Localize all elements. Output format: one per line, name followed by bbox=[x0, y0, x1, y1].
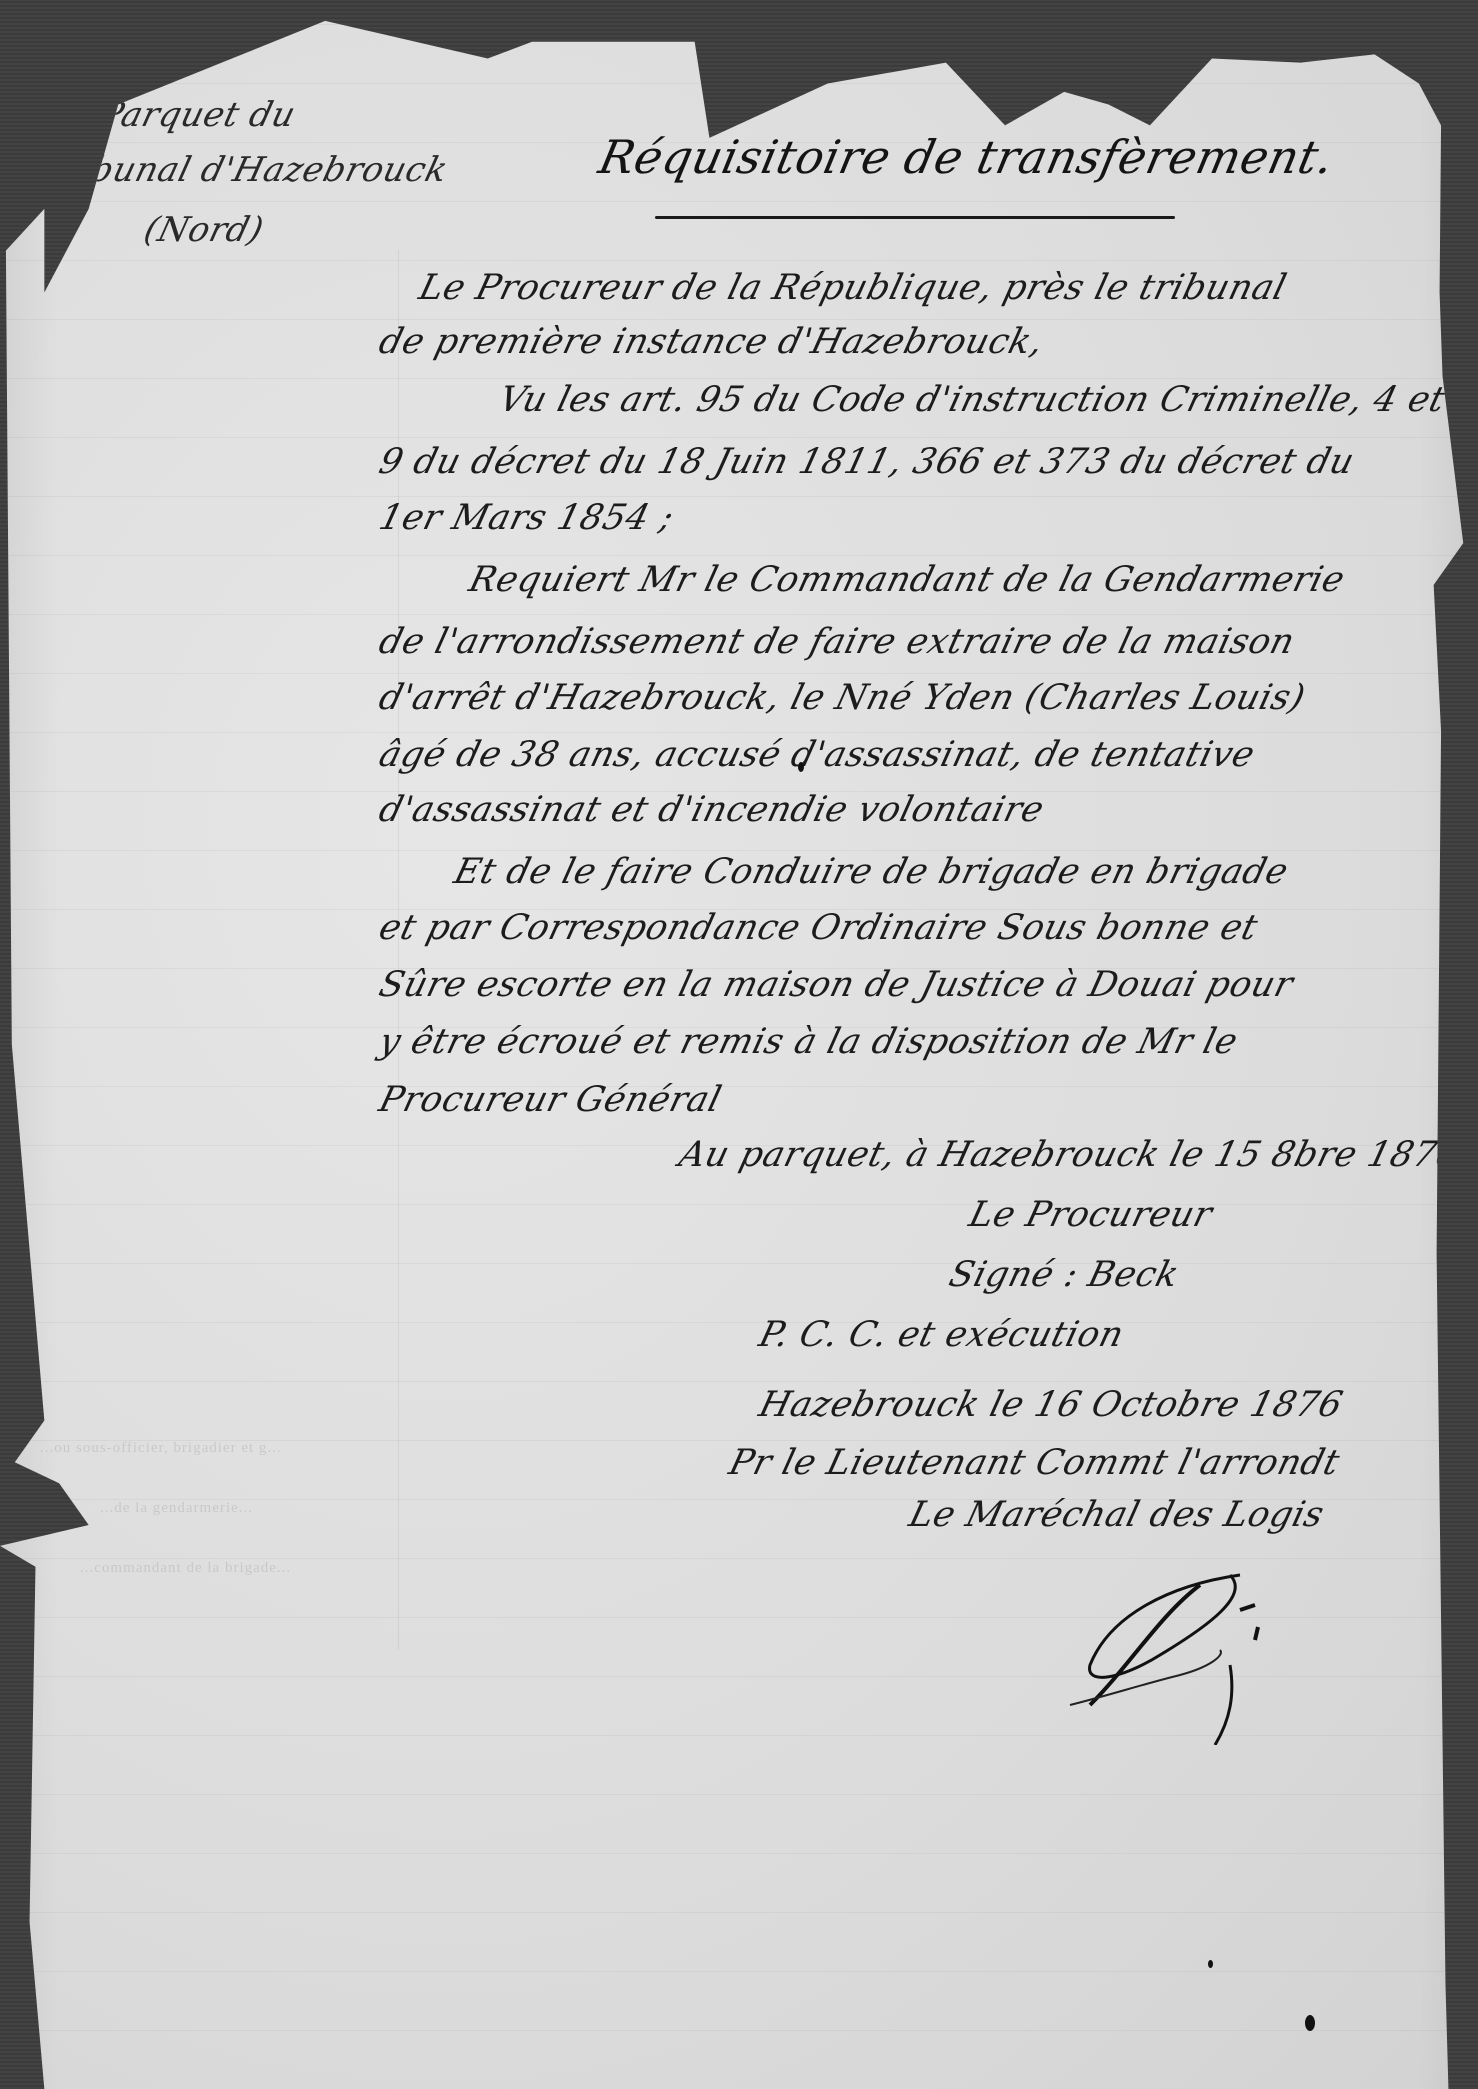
body-line: 9 du décret du 18 Juin 1811, 366 et 373 … bbox=[375, 442, 1358, 482]
body-line: Requiert Mr le Commandant de la Gendarme… bbox=[465, 560, 1349, 600]
body-line: 1er Mars 1854 ; bbox=[375, 498, 678, 538]
prosecutor-signed: Signé : Beck bbox=[945, 1255, 1183, 1295]
execution-line: P. C. C. et exécution bbox=[755, 1315, 1128, 1355]
body-line: Procureur Général bbox=[375, 1080, 726, 1120]
execution-date-line: Hazebrouck le 16 Octobre 1876 bbox=[755, 1385, 1347, 1425]
body-line: d'arrêt d'Hazebrouck, le Nné Yden (Charl… bbox=[375, 678, 1309, 718]
body-line: Vu les art. 95 du Code d'instruction Cri… bbox=[495, 380, 1449, 420]
faint-print-line: ...de la gendarmerie... bbox=[100, 1500, 253, 1517]
body-line: de première instance d'Hazebrouck, bbox=[375, 322, 1048, 362]
prosecutor-role: Le Procureur bbox=[965, 1195, 1216, 1235]
faint-print-line: ...ou sous-officier, brigadier et g... bbox=[40, 1440, 282, 1457]
body-line: et par Correspondance Ordinaire Sous bon… bbox=[375, 908, 1262, 948]
signature-text: Légier bbox=[1080, 1650, 1182, 1685]
ink-speck bbox=[798, 762, 804, 772]
place-date-line: Au parquet, à Hazebrouck le 15 8bre 1876 bbox=[675, 1135, 1464, 1175]
execution-officer-line: Pr le Lieutenant Commt l'arrondt bbox=[725, 1443, 1344, 1483]
body-line: Sûre escorte en la maison de Justice à D… bbox=[375, 965, 1297, 1005]
paper-hole bbox=[1305, 2015, 1315, 2031]
paper-hole bbox=[1208, 1960, 1213, 1968]
title-underline bbox=[655, 216, 1175, 219]
header-line-nord: (Nord) bbox=[140, 210, 268, 250]
body-line: âgé de 38 ans, accusé d'assassinat, de t… bbox=[375, 735, 1259, 775]
body-line: Le Procureur de la République, près le t… bbox=[415, 268, 1291, 308]
body-line: Et de le faire Conduire de brigade en br… bbox=[450, 852, 1292, 892]
body-line: y être écroué et remis à la disposition … bbox=[375, 1022, 1242, 1062]
faint-print-line: ...commandant de la brigade... bbox=[80, 1560, 291, 1577]
execution-rank-line: Le Maréchal des Logis bbox=[905, 1495, 1328, 1535]
document-title: Réquisitoire de transfèrement. bbox=[594, 130, 1339, 184]
body-line: de l'arrondissement de faire extraire de… bbox=[375, 622, 1299, 662]
body-line: d'assassinat et d'incendie volontaire bbox=[375, 790, 1048, 830]
document-page: ...ou sous-officier, brigadier et g... .… bbox=[0, 0, 1478, 2089]
